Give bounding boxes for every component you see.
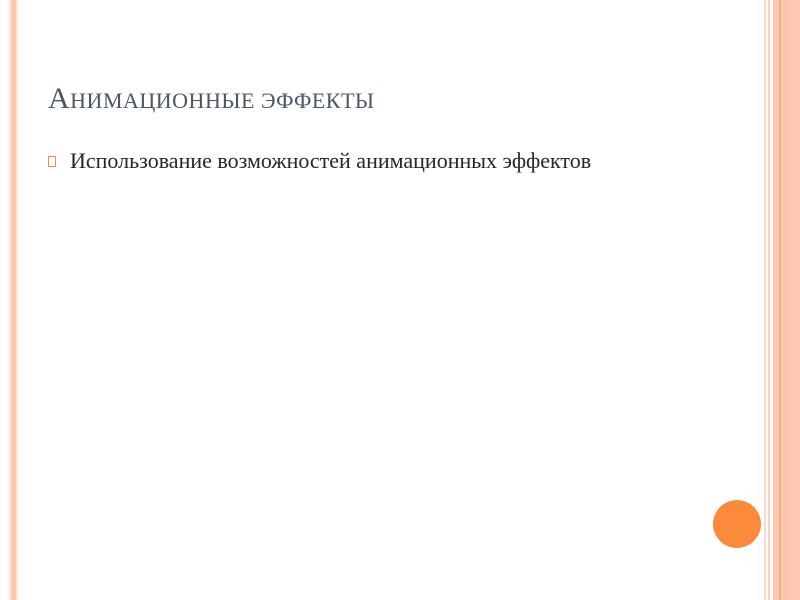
right-stripe-thin-2 xyxy=(768,0,770,600)
left-stripe-inner xyxy=(16,0,18,600)
square-bullet-icon xyxy=(48,156,56,167)
right-stripe-wide xyxy=(773,0,800,600)
slide-title-initial: А xyxy=(48,82,70,115)
orange-circle-decoration xyxy=(713,500,761,548)
right-stripe-accent xyxy=(779,0,781,600)
right-stripe-thin-1 xyxy=(764,0,766,600)
bullet-text: Использование возможностей анимационных … xyxy=(70,146,630,176)
slide-title: Анимационные эффекты xyxy=(48,82,375,116)
right-stripe-accent-2 xyxy=(785,0,786,600)
slide-title-rest: нимационные эффекты xyxy=(70,88,374,113)
